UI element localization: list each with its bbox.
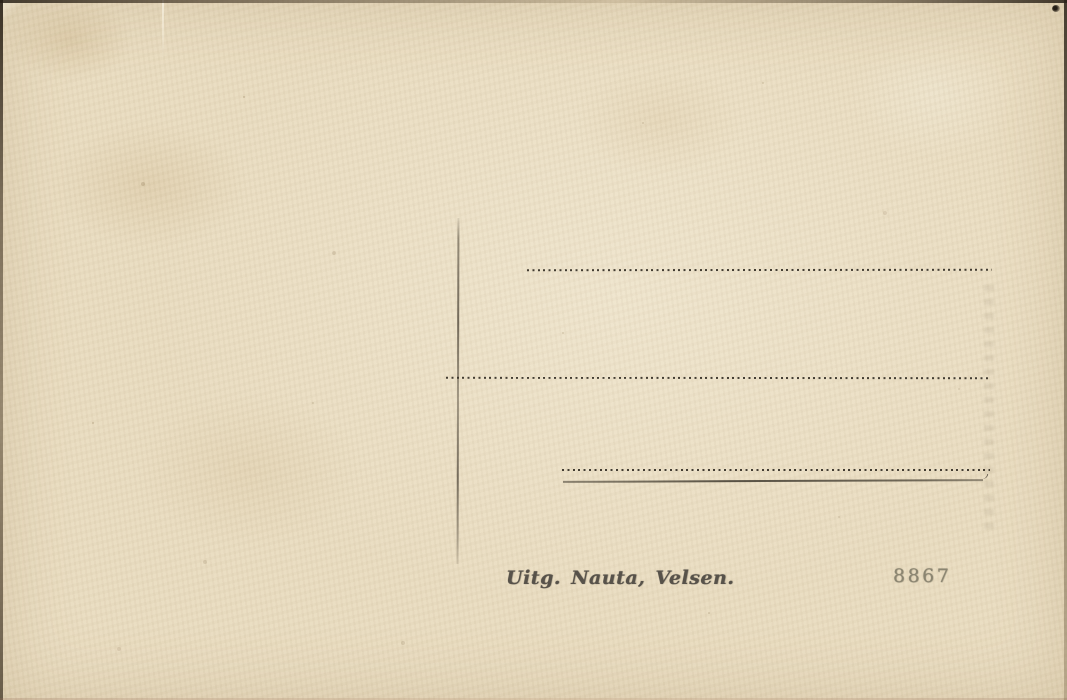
postcard-back-scan: Uitg. Nauta, Velsen. 8867 xyxy=(0,0,1067,700)
address-line-3 xyxy=(562,469,990,471)
address-line-2 xyxy=(446,377,991,379)
scan-edge-left xyxy=(0,0,3,700)
corner-wear xyxy=(0,0,26,20)
paper-scratch xyxy=(162,0,164,62)
ghost-show-through-marks xyxy=(984,285,994,535)
serial-number: 8867 xyxy=(893,565,951,587)
corner-speck xyxy=(1052,5,1060,12)
divider-line xyxy=(457,218,460,564)
scan-edge-top xyxy=(0,0,1067,3)
paper-grain-texture xyxy=(0,0,1067,700)
address-line-1 xyxy=(527,269,992,271)
address-underline xyxy=(563,479,983,482)
publisher-imprint: Uitg. Nauta, Velsen. xyxy=(506,567,746,589)
